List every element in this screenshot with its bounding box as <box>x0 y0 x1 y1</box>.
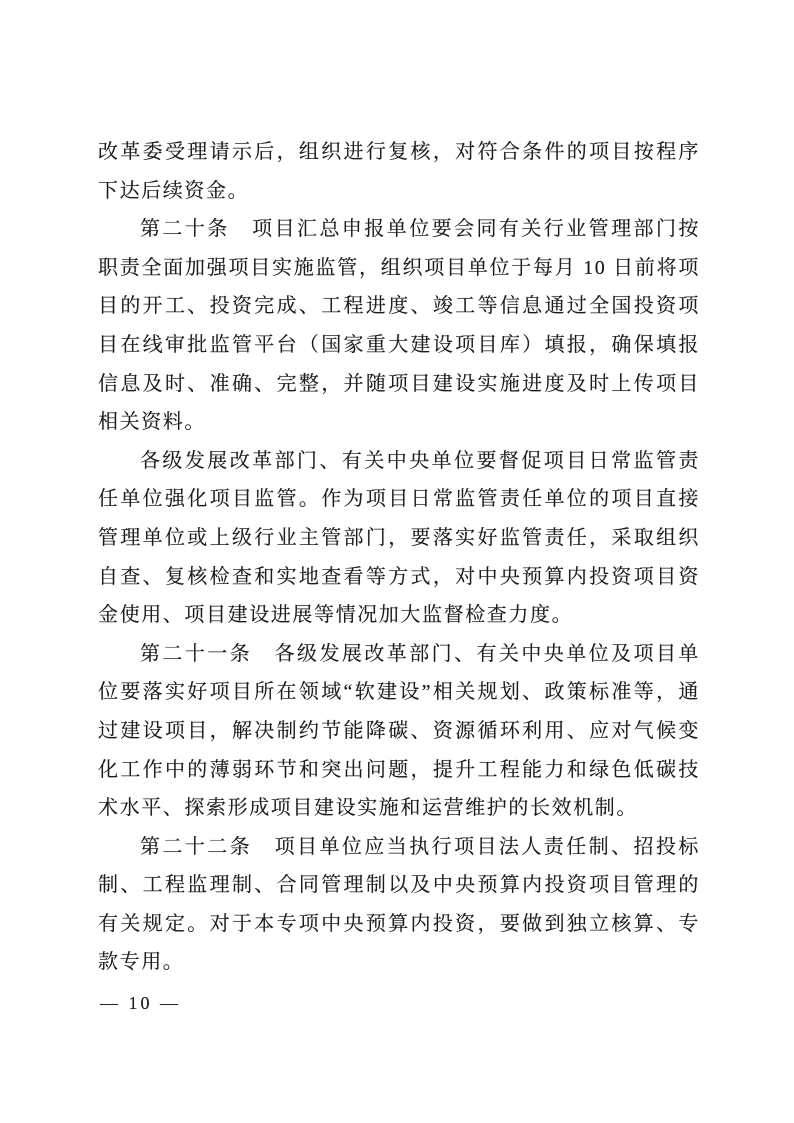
document-body: 改革委受理请示后，组织进行复核，对符合条件的项目按程序下达后续资金。 第二十条 … <box>98 133 700 982</box>
paragraph-continuation: 改革委受理请示后，组织进行复核，对符合条件的项目按程序下达后续资金。 <box>98 133 700 210</box>
paragraph-article-20: 第二十条 项目汇总申报单位要会同有关行业管理部门按职责全面加强项目实施监管，组织… <box>98 210 700 442</box>
paragraph-supervision: 各级发展改革部门、有关中央单位要督促项目日常监管责任单位强化项目监管。作为项目日… <box>98 442 700 635</box>
document-page: 改革委受理请示后，组织进行复核，对符合条件的项目按程序下达后续资金。 第二十条 … <box>0 0 794 1123</box>
page-number: — 10 — <box>100 993 181 1014</box>
paragraph-article-22: 第二十二条 项目单位应当执行项目法人责任制、招投标制、工程监理制、合同管理制以及… <box>98 828 700 982</box>
paragraph-article-21: 第二十一条 各级发展改革部门、有关中央单位及项目单位要落实好项目所在领域“软建设… <box>98 635 700 828</box>
